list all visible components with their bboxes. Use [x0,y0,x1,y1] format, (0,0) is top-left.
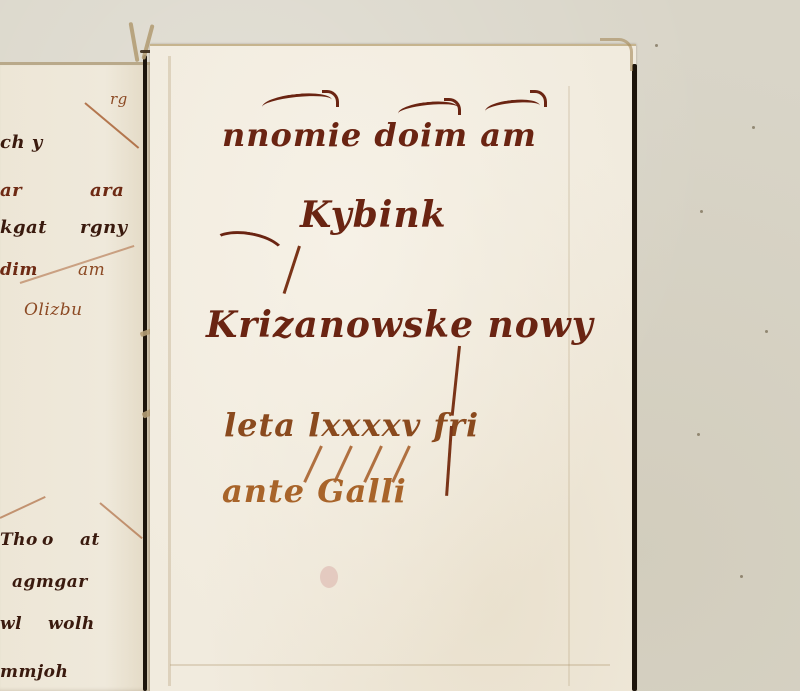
cover-page: nnomie doim am Kybink Krizanowske nowy l… [150,44,636,691]
speck [697,433,700,436]
left-fragment: Tho [0,530,38,550]
binding-string [129,22,140,62]
left-fragment: wl [0,614,22,634]
left-fragment: Olizbu [24,300,83,320]
cover-corner [600,38,633,71]
left-fragment: o [42,530,54,550]
speck [752,126,755,129]
left-fragment: dim [0,260,38,280]
ink-stroke [84,102,139,149]
ink-stroke [0,496,46,519]
left-fragment: agmgar [12,572,88,592]
left-fragment: am [78,260,105,280]
speck [765,330,768,333]
cover-edge [632,64,637,691]
fold-line [168,56,171,686]
speck [700,210,703,213]
fold-line [568,86,570,686]
abbreviation-mark [530,90,547,107]
left-fragment: ch y [0,132,43,153]
left-fragment: ar [0,180,22,201]
ink-stroke [99,502,142,539]
left-fragment: mmjoh [0,662,68,682]
cover-line-year: leta lxxxxv fri [224,406,479,444]
abbreviation-mark [322,90,339,107]
left-fragment: wolh [48,614,95,634]
cover-line-place: Krizanowske nowy [206,304,594,346]
left-page: rg ch y ar ara kgat rgny dim am Olizbu T… [0,62,150,691]
speck [740,575,743,578]
left-fragment: kgat [0,217,47,238]
stain [320,566,338,588]
left-fragment: ara [90,180,124,201]
capital-swash [207,226,288,275]
left-fragment: rgny [80,217,128,238]
speck [655,44,658,47]
cover-line-date: ante Galli [222,472,407,510]
binding-edge [143,55,147,691]
left-fragment: at [80,530,100,550]
fold-line [170,664,610,666]
cover-line-invocation: nnomie doim am [222,116,537,154]
abbreviation-mark [444,98,461,115]
left-fragment: rg [110,90,128,108]
cover-line-name: Kybink [300,194,447,236]
left-page-top-edge [0,62,150,65]
